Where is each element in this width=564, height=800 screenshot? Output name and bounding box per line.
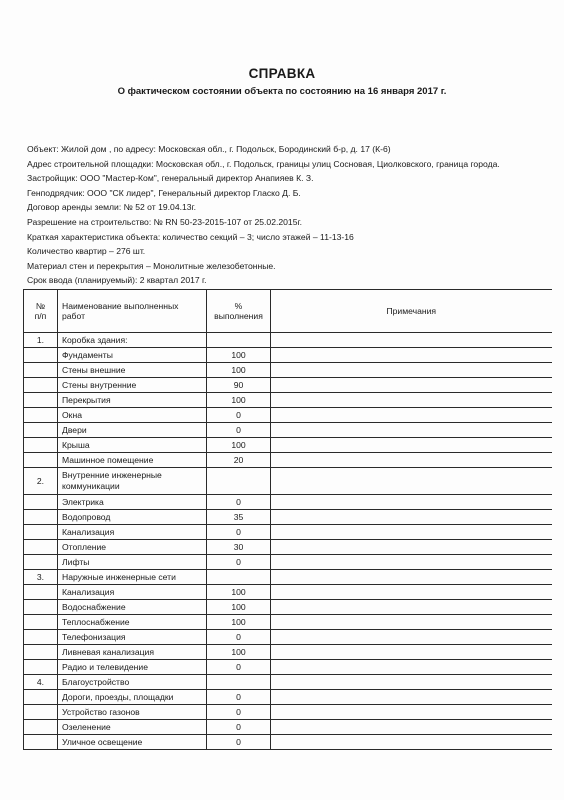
works-table: № п/п Наименование выполненных работ % в…	[23, 289, 552, 750]
row-work-name: Канализация	[58, 585, 207, 600]
row-note	[271, 570, 552, 585]
row-work-name: Устройство газонов	[58, 705, 207, 720]
info-developer: Застройщик: ООО "Мастер-Ком", генеральны…	[27, 171, 500, 186]
row-percent	[207, 675, 271, 690]
row-note	[271, 468, 552, 495]
row-number	[24, 408, 58, 423]
row-note	[271, 408, 552, 423]
row-work-name: Электрика	[58, 495, 207, 510]
row-work-name: Телефонизация	[58, 630, 207, 645]
row-number	[24, 585, 58, 600]
row-percent: 100	[207, 393, 271, 408]
row-number	[24, 495, 58, 510]
row-note	[271, 600, 552, 615]
table-row: Отопление30	[24, 540, 552, 555]
row-work-name: Озеленение	[58, 720, 207, 735]
row-note	[271, 660, 552, 675]
table-row: Канализация100	[24, 585, 552, 600]
info-site-address: Адрес строительной площадки: Московская …	[27, 157, 500, 172]
row-number	[24, 720, 58, 735]
row-percent: 100	[207, 348, 271, 363]
row-number	[24, 630, 58, 645]
row-number	[24, 510, 58, 525]
row-note	[271, 363, 552, 378]
table-row: Стены внутренние90	[24, 378, 552, 393]
row-note	[271, 378, 552, 393]
table-row: Перекрытия100	[24, 393, 552, 408]
table-row: Устройство газонов0	[24, 705, 552, 720]
row-percent: 100	[207, 645, 271, 660]
row-note	[271, 348, 552, 363]
row-note	[271, 423, 552, 438]
table-row: Теплоснабжение100	[24, 615, 552, 630]
row-note	[271, 438, 552, 453]
row-work-name: Благоустройство	[58, 675, 207, 690]
table-row: Водоснабжение100	[24, 600, 552, 615]
row-percent: 0	[207, 690, 271, 705]
row-number	[24, 363, 58, 378]
row-work-name: Машинное помещение	[58, 453, 207, 468]
row-note	[271, 495, 552, 510]
table-row: Машинное помещение20	[24, 453, 552, 468]
row-note	[271, 393, 552, 408]
row-note	[271, 645, 552, 660]
row-percent: 35	[207, 510, 271, 525]
row-percent: 100	[207, 615, 271, 630]
row-number	[24, 438, 58, 453]
row-work-name: Уличное освещение	[58, 735, 207, 750]
row-number: 1.	[24, 333, 58, 348]
row-number: 2.	[24, 468, 58, 495]
row-note	[271, 630, 552, 645]
row-work-name: Канализация	[58, 525, 207, 540]
row-note	[271, 555, 552, 570]
table-row: Радио и телевидение0	[24, 660, 552, 675]
row-note	[271, 525, 552, 540]
row-work-name: Окна	[58, 408, 207, 423]
row-percent: 100	[207, 438, 271, 453]
info-completion-date: Срок ввода (планируемый): 2 квартал 2017…	[27, 273, 500, 288]
row-note	[271, 675, 552, 690]
row-number	[24, 393, 58, 408]
table-header-row: № п/п Наименование выполненных работ % в…	[24, 290, 552, 333]
row-work-name: Коробка здания:	[58, 333, 207, 348]
row-note	[271, 705, 552, 720]
row-work-name: Стены внутренние	[58, 378, 207, 393]
header-work-name: Наименование выполненных работ	[58, 290, 207, 333]
table-row: Водопровод35	[24, 510, 552, 525]
row-percent	[207, 468, 271, 495]
row-note	[271, 510, 552, 525]
row-note	[271, 333, 552, 348]
row-percent: 100	[207, 585, 271, 600]
row-note	[271, 720, 552, 735]
table-row: Лифты0	[24, 555, 552, 570]
row-work-name: Фундаменты	[58, 348, 207, 363]
row-work-name: Наружные инженерные сети	[58, 570, 207, 585]
table-row: Крыша100	[24, 438, 552, 453]
info-characteristics: Краткая характеристика объекта: количест…	[27, 230, 500, 245]
object-info: Объект: Жилой дом , по адресу: Московска…	[27, 142, 500, 288]
row-percent: 20	[207, 453, 271, 468]
document-subtitle: О фактическом состоянии объекта по состо…	[0, 86, 564, 97]
table-row: Телефонизация0	[24, 630, 552, 645]
row-number	[24, 423, 58, 438]
row-percent: 0	[207, 525, 271, 540]
row-note	[271, 735, 552, 750]
row-work-name: Ливневая канализация	[58, 645, 207, 660]
row-number	[24, 735, 58, 750]
row-number	[24, 660, 58, 675]
row-percent: 0	[207, 495, 271, 510]
table-section-row: 2.Внутренние инженерные коммуникации	[24, 468, 552, 495]
row-note	[271, 585, 552, 600]
info-object: Объект: Жилой дом , по адресу: Московска…	[27, 142, 500, 157]
table-row: Электрика0	[24, 495, 552, 510]
row-number	[24, 540, 58, 555]
table-row: Фундаменты100	[24, 348, 552, 363]
row-work-name: Крыша	[58, 438, 207, 453]
row-note	[271, 690, 552, 705]
table-row: Окна0	[24, 408, 552, 423]
header-percent: % выполнения	[207, 290, 271, 333]
row-number	[24, 705, 58, 720]
row-percent: 90	[207, 378, 271, 393]
row-work-name: Водопровод	[58, 510, 207, 525]
table-row: Канализация0	[24, 525, 552, 540]
row-percent: 0	[207, 408, 271, 423]
table-row: Озеленение0	[24, 720, 552, 735]
row-note	[271, 615, 552, 630]
row-number	[24, 348, 58, 363]
row-number	[24, 645, 58, 660]
row-work-name: Водоснабжение	[58, 600, 207, 615]
row-number: 3.	[24, 570, 58, 585]
row-percent: 0	[207, 660, 271, 675]
row-number	[24, 600, 58, 615]
table-row: Стены внешние100	[24, 363, 552, 378]
row-work-name: Теплоснабжение	[58, 615, 207, 630]
row-note	[271, 540, 552, 555]
header-notes: Примечания	[271, 290, 552, 333]
info-general-contractor: Генподрядчик: ООО "СК лидер", Генеральны…	[27, 186, 500, 201]
row-number: 4.	[24, 675, 58, 690]
row-percent: 0	[207, 720, 271, 735]
row-work-name: Внутренние инженерные коммуникации	[58, 468, 207, 495]
table-body: 1.Коробка здания:Фундаменты100Стены внеш…	[24, 333, 552, 750]
row-percent: 0	[207, 735, 271, 750]
row-number	[24, 453, 58, 468]
row-percent: 30	[207, 540, 271, 555]
row-percent	[207, 333, 271, 348]
table-row: Дороги, проезды, площадки0	[24, 690, 552, 705]
info-building-permit: Разрешение на строительство: № RN 50-23-…	[27, 215, 500, 230]
row-work-name: Перекрытия	[58, 393, 207, 408]
row-work-name: Дороги, проезды, площадки	[58, 690, 207, 705]
table-section-row: 3.Наружные инженерные сети	[24, 570, 552, 585]
row-work-name: Двери	[58, 423, 207, 438]
row-work-name: Стены внешние	[58, 363, 207, 378]
table-row: Ливневая канализация100	[24, 645, 552, 660]
table-row: Уличное освещение0	[24, 735, 552, 750]
info-materials: Материал стен и перекрытия – Монолитные …	[27, 259, 500, 274]
table-section-row: 4.Благоустройство	[24, 675, 552, 690]
row-percent: 100	[207, 363, 271, 378]
document-title: СПРАВКА	[0, 66, 564, 81]
row-percent: 0	[207, 423, 271, 438]
table-section-row: 1.Коробка здания:	[24, 333, 552, 348]
row-number	[24, 690, 58, 705]
row-percent	[207, 570, 271, 585]
row-note	[271, 453, 552, 468]
row-number	[24, 555, 58, 570]
row-work-name: Отопление	[58, 540, 207, 555]
row-percent: 0	[207, 705, 271, 720]
row-number	[24, 378, 58, 393]
info-apartments: Количество квартир – 276 шт.	[27, 244, 500, 259]
row-work-name: Лифты	[58, 555, 207, 570]
row-percent: 100	[207, 600, 271, 615]
row-percent: 0	[207, 555, 271, 570]
row-number	[24, 615, 58, 630]
row-work-name: Радио и телевидение	[58, 660, 207, 675]
table-row: Двери0	[24, 423, 552, 438]
row-number	[24, 525, 58, 540]
row-percent: 0	[207, 630, 271, 645]
header-number: № п/п	[24, 290, 58, 333]
info-land-lease: Договор аренды земли: № 52 от 19.04.13г.	[27, 200, 500, 215]
